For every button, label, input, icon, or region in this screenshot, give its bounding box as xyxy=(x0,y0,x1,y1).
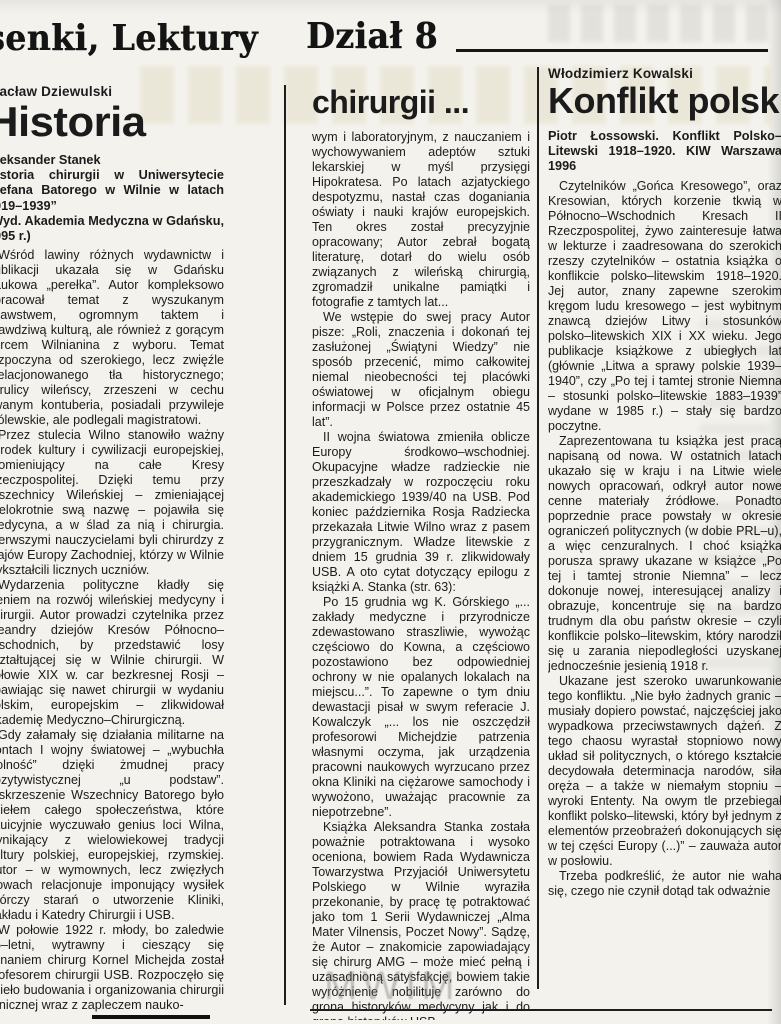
watermark: MWIM xyxy=(324,964,460,1009)
article-paragraph: Ukazane jest szeroko uwarunkowanie tego … xyxy=(548,674,781,869)
article-paragraph: W połowie 1922 r. młody, bo zaledwie 35–… xyxy=(0,923,224,1013)
bottom-rule xyxy=(310,1009,772,1011)
column-divider-right xyxy=(537,67,539,989)
article-headline-continued: chirurgii ... xyxy=(312,86,530,118)
article-column-left: Wacław Dziewulski Historia Aleksander St… xyxy=(0,84,224,1020)
bibliography-line: Piotr Łossowski. Konflikt Polsko–Litewsk… xyxy=(548,129,781,175)
masthead-section-label: Dział 8 xyxy=(306,14,438,56)
header-rule xyxy=(456,49,768,52)
bottom-rule-left xyxy=(92,1015,210,1019)
article-paragraph: Wydarzenia polityczne kładły się cieniem… xyxy=(0,578,224,728)
article-paragraph: Czytelników „Gońca Kresowego”, oraz Kres… xyxy=(548,179,781,434)
article-paragraph: II wojna światowa zmieniła oblicze Europ… xyxy=(312,430,530,595)
article-author: Wacław Dziewulski xyxy=(0,84,224,99)
column-divider-left xyxy=(284,85,286,1005)
bibliography-line: (Wyd. Akademia Medyczna w Gdańsku, 1995 … xyxy=(0,214,224,244)
article-headline: Konflikt polsk xyxy=(548,83,781,119)
article-column-middle: chirurgii ... wym i laboratoryjnym, z na… xyxy=(312,84,530,1020)
article-paragraph: Po 15 grudnia wg K. Górskiego „... zakła… xyxy=(312,595,530,820)
article-paragraph: We wstępie do swej pracy Autor pisze: „R… xyxy=(312,310,530,430)
article-paragraph: Przez stulecia Wilno stanowiło ważny ośr… xyxy=(0,428,224,578)
masthead-title: senki, Lektury xyxy=(0,16,258,58)
article-headline: Historia xyxy=(0,101,224,143)
article-paragraph: wym i laboratoryjnym, z nauczaniem i wyc… xyxy=(312,130,530,310)
article-paragraph: Wśród lawiny różnych wydawnictw i publik… xyxy=(0,248,224,428)
article-column-right: Włodzimierz Kowalski Konflikt polsk Piot… xyxy=(548,66,781,1020)
article-paragraph: Trzeba podkreślić, że autor nie waha się… xyxy=(548,869,781,899)
newspaper-page-scan: senki, Lektury Dział 8 Wacław Dziewulski… xyxy=(0,0,781,1024)
bibliography-line: Aleksander Stanek xyxy=(0,153,224,168)
article-paragraph: Gdy załamały się działania militarne na … xyxy=(0,728,224,923)
bibliography-line: Historia chirurgii w Uniwersytecie Stefa… xyxy=(0,168,224,214)
scan-artifact-top xyxy=(0,0,781,14)
article-paragraph: Zaprezentowana tu książka jest pracą nap… xyxy=(548,434,781,674)
article-author: Włodzimierz Kowalski xyxy=(548,66,781,81)
bleedthrough-artifact-corner xyxy=(548,4,770,42)
